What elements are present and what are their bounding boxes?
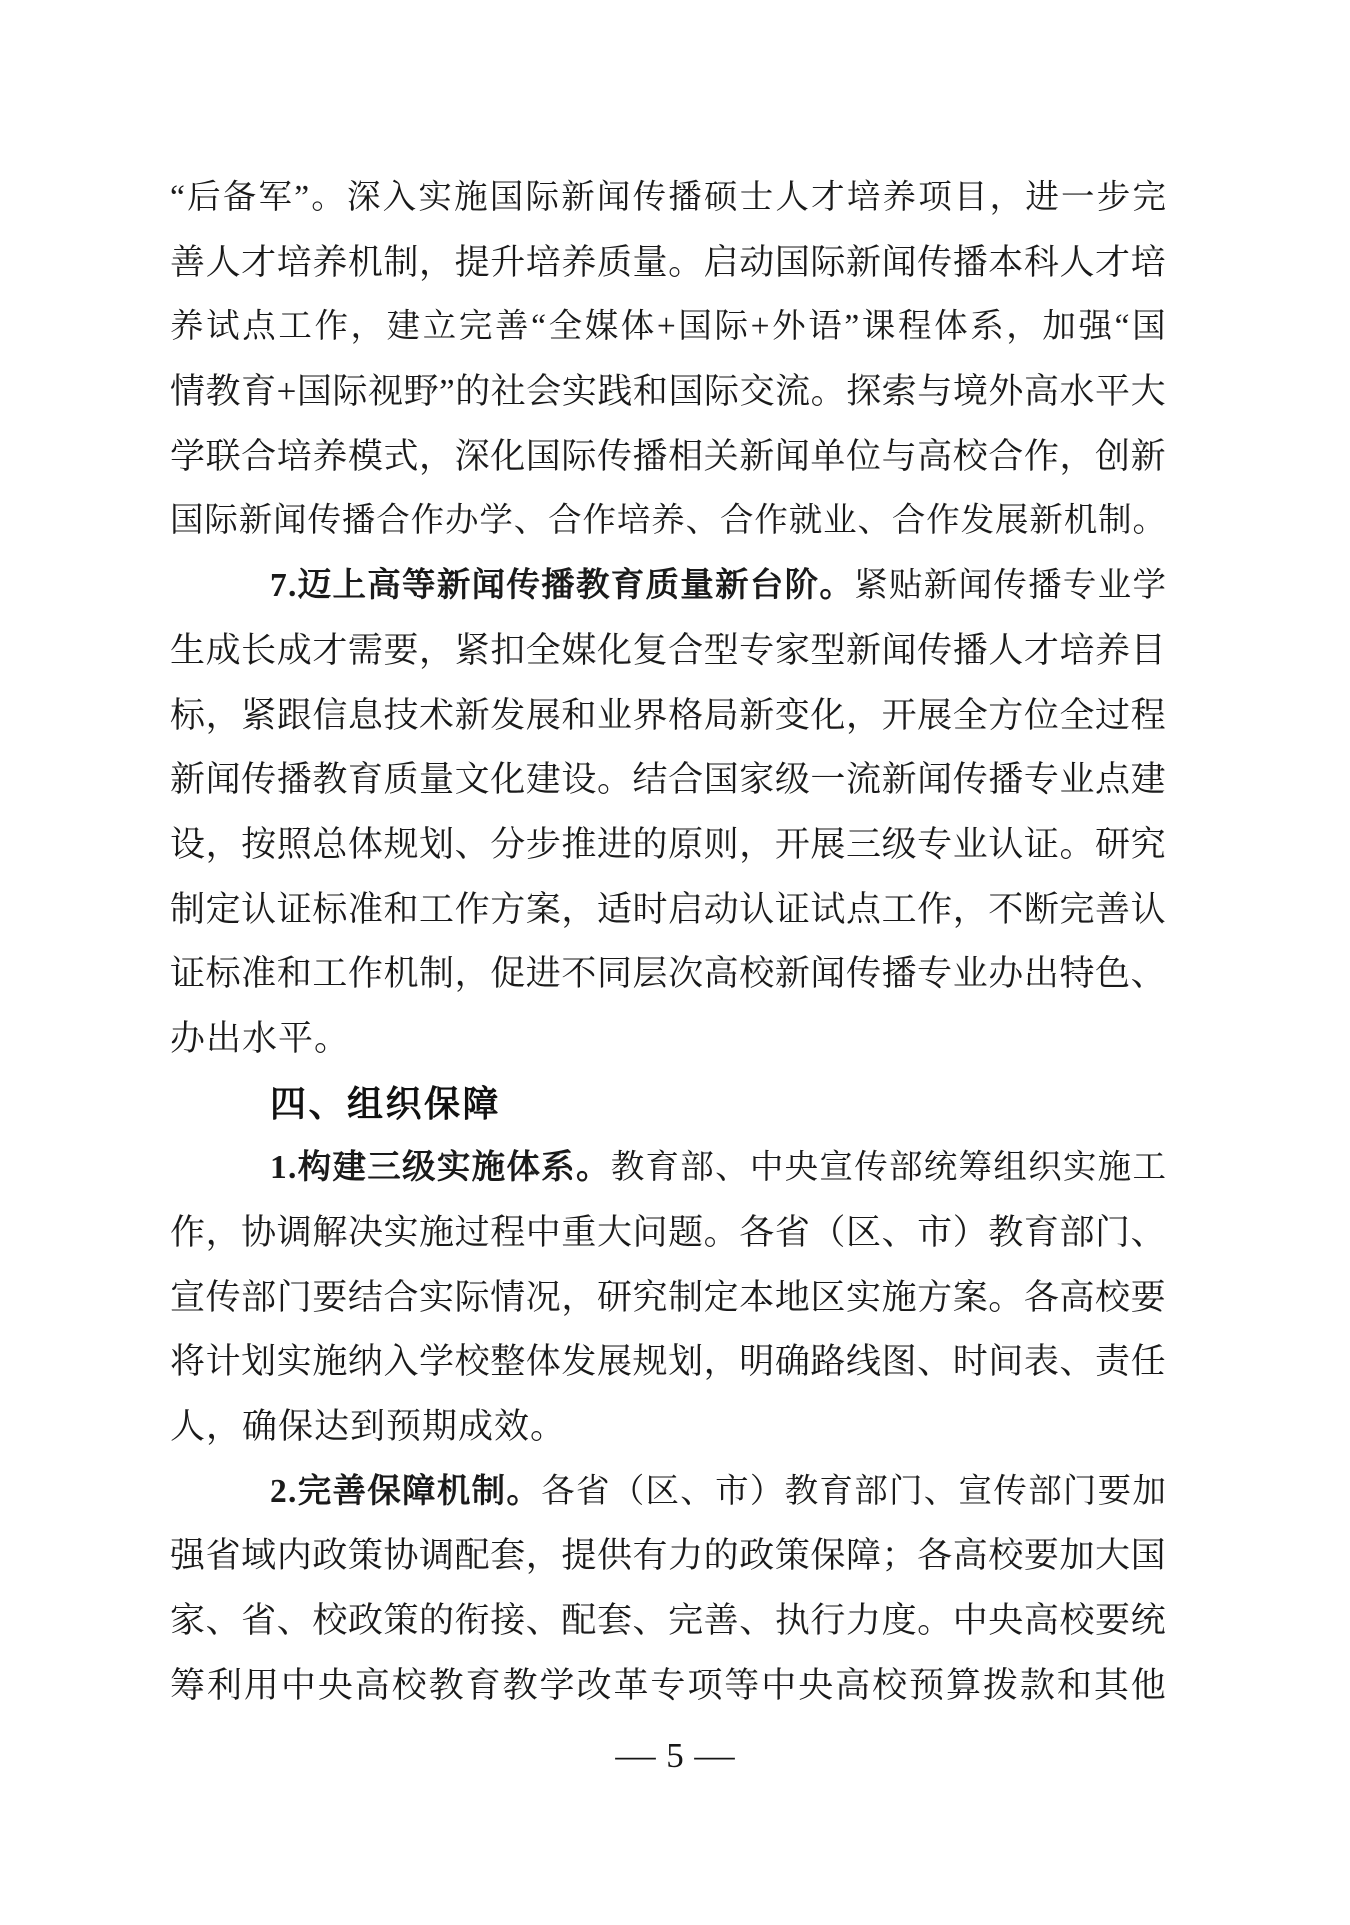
text-line: 人，确保达到预期成效。 bbox=[170, 1395, 1166, 1460]
text-line: 家、省、校政策的衔接、配套、完善、执行力度。中央高校要统 bbox=[170, 1589, 1166, 1654]
text-line: 情教育+国际视野”的社会实践和国际交流。探索与境外高水平大 bbox=[170, 360, 1166, 425]
footer-dash-left: — bbox=[616, 1736, 656, 1776]
text-line: 证标准和工作机制，促进不同层次高校新闻传播专业办出特色、 bbox=[170, 942, 1166, 1007]
text-line: 宣传部门要结合实际情况，研究制定本地区实施方案。各高校要 bbox=[170, 1266, 1166, 1331]
text-line: 办出水平。 bbox=[170, 1007, 1166, 1072]
text-line: 强省域内政策协调配套，提供有力的政策保障；各高校要加大国 bbox=[170, 1524, 1166, 1589]
text-line: 将计划实施纳入学校整体发展规划，明确路线图、时间表、责任 bbox=[170, 1330, 1166, 1395]
text-line: 国际新闻传播合作办学、合作培养、合作就业、合作发展新机制。 bbox=[170, 489, 1166, 554]
text-line: 设，按照总体规划、分步推进的原则，开展三级专业认证。研究 bbox=[170, 813, 1166, 878]
text-line: “后备军”。深入实施国际新闻传播硕士人才培养项目，进一步完 bbox=[170, 166, 1166, 231]
text-line: 作，协调解决实施过程中重大问题。各省（区、市）教育部门、 bbox=[170, 1201, 1166, 1266]
text-line: 标，紧跟信息技术新发展和业界格局新变化，开展全方位全过程 bbox=[170, 684, 1166, 749]
text-line: 7.迈上高等新闻传播教育质量新台阶。紧贴新闻传播专业学 bbox=[170, 554, 1166, 619]
text-line: 筹利用中央高校教育教学改革专项等中央高校预算拨款和其他 bbox=[170, 1654, 1166, 1719]
text-line: 生成长成才需要，紧扣全媒化复合型专家型新闻传播人才培养目 bbox=[170, 619, 1166, 684]
document-body: “后备军”。深入实施国际新闻传播硕士人才培养项目，进一步完善人才培养机制，提升培… bbox=[170, 166, 1166, 1719]
section-heading: 四、组织保障 bbox=[170, 1072, 1166, 1137]
footer-dash-right: — bbox=[694, 1736, 734, 1776]
text-line: 学联合培养模式，深化国际传播相关新闻单位与高校合作，创新 bbox=[170, 425, 1166, 490]
text-line: 善人才培养机制，提升培养质量。启动国际新闻传播本科人才培 bbox=[170, 231, 1166, 296]
text-line: 2.完善保障机制。各省（区、市）教育部门、宣传部门要加 bbox=[170, 1460, 1166, 1525]
page-number: 5 bbox=[666, 1736, 684, 1776]
document-page: “后备军”。深入实施国际新闻传播硕士人才培养项目，进一步完善人才培养机制，提升培… bbox=[0, 0, 1350, 1925]
text-line: 养试点工作，建立完善“全媒体+国际+外语”课程体系，加强“国 bbox=[170, 295, 1166, 360]
page-footer: — 5 — bbox=[0, 1736, 1350, 1776]
text-line: 制定认证标准和工作方案，适时启动认证试点工作，不断完善认 bbox=[170, 878, 1166, 943]
text-line: 新闻传播教育质量文化建设。结合国家级一流新闻传播专业点建 bbox=[170, 748, 1166, 813]
text-line: 1.构建三级实施体系。教育部、中央宣传部统筹组织实施工 bbox=[170, 1136, 1166, 1201]
